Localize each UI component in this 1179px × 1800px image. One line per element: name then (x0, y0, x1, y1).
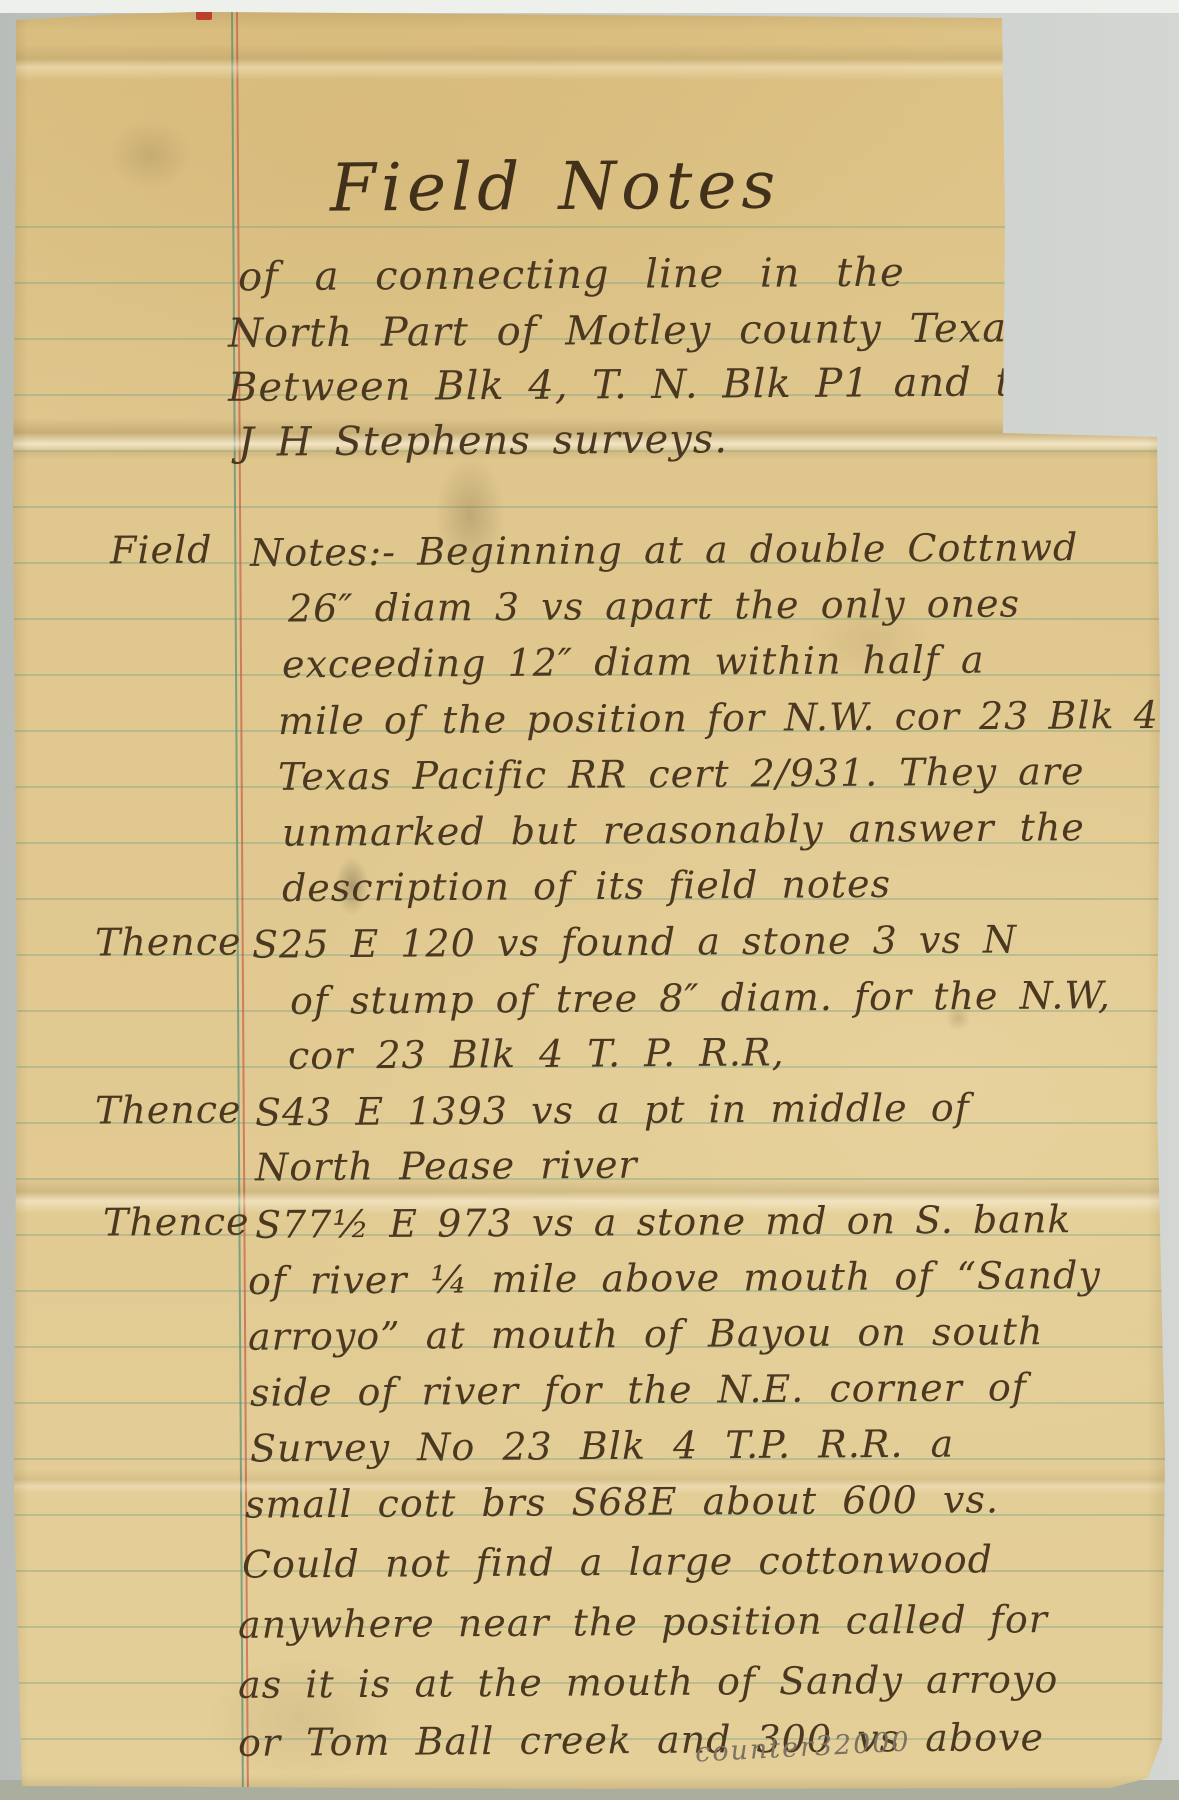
paper-edge-shading (0, 0, 1179, 1800)
backdrop-top-edge (0, 0, 1179, 13)
document-page: Field Notes of a connecting line in the … (0, 0, 1179, 1800)
